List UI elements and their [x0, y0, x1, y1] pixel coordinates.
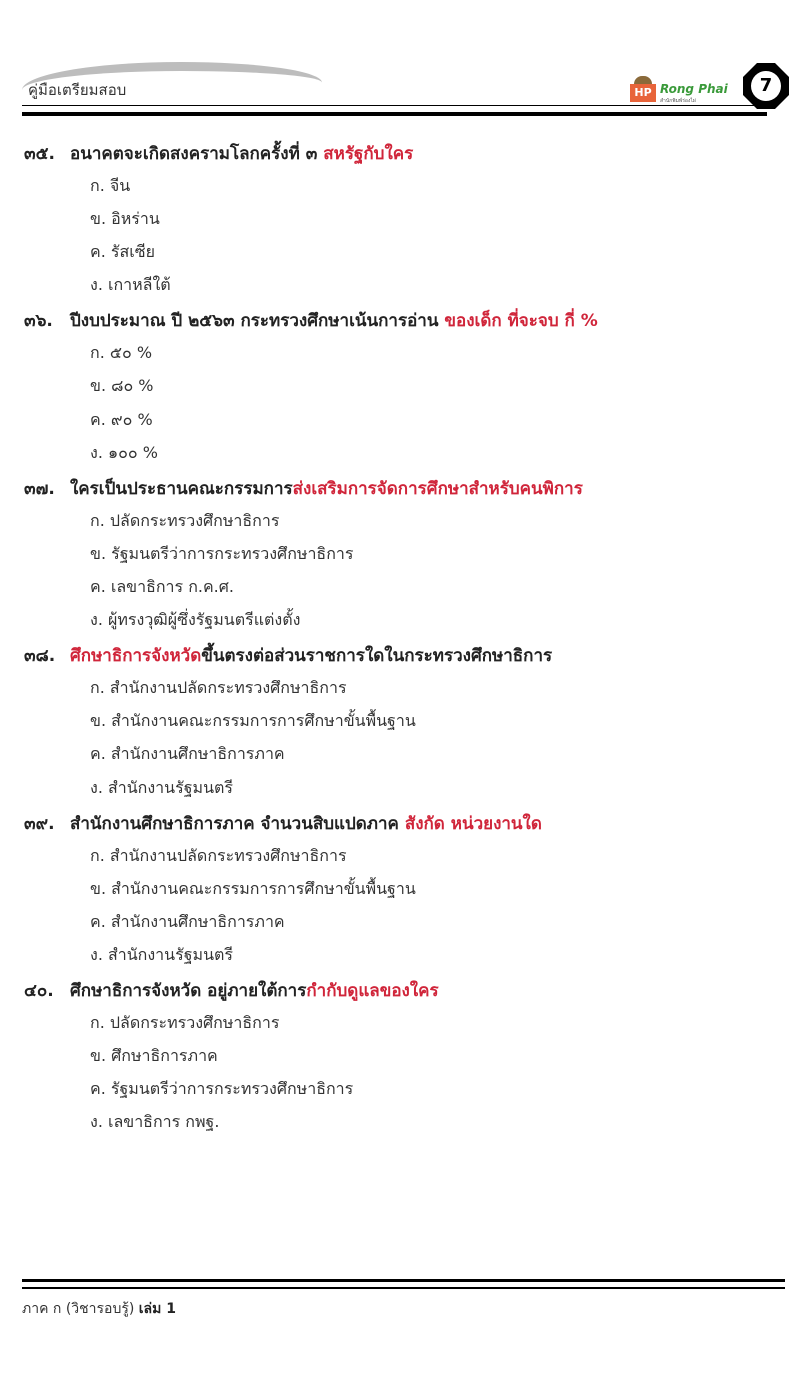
question-39: ๓๙.สำนักงานศึกษาธิการภาค จำนวนสิบแปดภาค …: [24, 810, 542, 837]
question-37: ๓๗.ใครเป็นประธานคณะกรรมการส่งเสริมการจัด…: [24, 475, 583, 502]
option-40-a: ก. ปลัดกระทรวงศึกษาธิการ: [90, 1011, 279, 1036]
footer-volume: เล่ม 1: [139, 1301, 176, 1317]
option-40-b: ข. ศึกษาธิการภาค: [90, 1044, 218, 1069]
question-highlight: สังกัด หน่วยงานใด: [405, 814, 542, 834]
publisher-logo: HP Rong Phai สำนักพิมพ์ร่องไผ่: [630, 72, 740, 106]
option-37-d: ง. ผู้ทรงวุฒิผู้ซึ่งรัฐมนตรีแต่งตั้ง: [90, 608, 300, 633]
option-35-c: ค. รัสเซีย: [90, 240, 155, 265]
logo-mark: HP: [630, 84, 656, 102]
question-highlight: ศึกษาธิการจังหวัด: [70, 646, 201, 666]
question-number: ๓๖.: [24, 307, 70, 334]
option-39-b: ข. สำนักงานคณะกรรมการการศึกษาขั้นพื้นฐาน: [90, 877, 416, 902]
option-36-c: ค. ๙๐ %: [90, 408, 153, 433]
option-37-b: ข. รัฐมนตรีว่าการกระทรวงศึกษาธิการ: [90, 542, 353, 567]
option-35-a: ก. จีน: [90, 174, 130, 199]
page-number: 7: [742, 62, 790, 110]
option-38-c: ค. สำนักงานศึกษาธิการภาค: [90, 742, 285, 767]
option-39-c: ค. สำนักงานศึกษาธิการภาค: [90, 910, 285, 935]
option-36-b: ข. ๘๐ %: [90, 374, 154, 399]
option-38-a: ก. สำนักงานปลัดกระทรวงศึกษาธิการ: [90, 676, 347, 701]
question-35: ๓๕.อนาคตจะเกิดสงครามโลกครั้งที่ ๓ สหรัฐก…: [24, 140, 413, 167]
page-footer: ภาค ก (วิชารอบรู้) เล่ม 1: [22, 1298, 176, 1320]
question-36: ๓๖.ปีงบประมาณ ปี ๒๕๖๓ กระทรวงศึกษาเน้นกา…: [24, 307, 598, 334]
question-number: ๓๙.: [24, 810, 70, 837]
question-number: ๓๗.: [24, 475, 70, 502]
footer-rule: [22, 1279, 785, 1289]
question-number: ๓๕.: [24, 140, 70, 167]
option-39-d: ง. สำนักงานรัฐมนตรี: [90, 943, 233, 968]
logo-text: Rong Phai: [660, 82, 728, 96]
option-40-d: ง. เลขาธิการ กพฐ.: [90, 1110, 219, 1135]
question-highlight: ของเด็ก ที่จะจบ กี่ %: [444, 311, 597, 331]
option-39-a: ก. สำนักงานปลัดกระทรวงศึกษาธิการ: [90, 844, 347, 869]
logo-house-icon: [634, 76, 652, 84]
option-37-c: ค. เลขาธิการ ก.ค.ศ.: [90, 575, 234, 600]
option-37-a: ก. ปลัดกระทรวงศึกษาธิการ: [90, 509, 279, 534]
question-number: ๔๐.: [24, 977, 70, 1004]
question-40: ๔๐.ศึกษาธิการจังหวัด อยู่ภายใต้การกำกับด…: [24, 977, 439, 1004]
footer-text: ภาค ก (วิชารอบรู้): [22, 1301, 139, 1317]
question-text: อนาคตจะเกิดสงครามโลกครั้งที่ ๓: [70, 144, 323, 164]
question-number: ๓๘.: [24, 642, 70, 669]
option-38-b: ข. สำนักงานคณะกรรมการการศึกษาขั้นพื้นฐาน: [90, 709, 416, 734]
page-header: คู่มือเตรียมสอบ HP Rong Phai สำนักพิมพ์ร…: [0, 0, 800, 125]
logo-subtitle: สำนักพิมพ์ร่องไผ่: [660, 97, 696, 105]
option-36-d: ง. ๑๐๐ %: [90, 441, 158, 466]
page-number-badge: 7: [742, 62, 790, 110]
option-40-c: ค. รัฐมนตรีว่าการกระทรวงศึกษาธิการ: [90, 1077, 353, 1102]
question-highlight: สหรัฐกับใคร: [323, 144, 413, 164]
question-highlight: กำกับดูแลของใคร: [306, 981, 438, 1001]
question-text: สำนักงานศึกษาธิการภาค จำนวนสิบแปดภาค: [70, 814, 405, 834]
question-text: ขึ้นตรงต่อส่วนราชการใดในกระทรวงศึกษาธิกา…: [201, 646, 552, 666]
question-text: ศึกษาธิการจังหวัด อยู่ภายใต้การ: [70, 981, 306, 1001]
option-38-d: ง. สำนักงานรัฐมนตรี: [90, 776, 233, 801]
header-rule: [22, 105, 767, 116]
option-35-d: ง. เกาหลีใต้: [90, 273, 171, 298]
option-36-a: ก. ๕๐ %: [90, 341, 152, 366]
question-highlight: ส่งเสริมการจัดการศึกษาสำหรับคนพิการ: [293, 479, 583, 499]
header-title: คู่มือเตรียมสอบ: [28, 78, 126, 102]
option-35-b: ข. อิหร่าน: [90, 207, 160, 232]
question-text: ใครเป็นประธานคณะกรรมการ: [70, 479, 293, 499]
question-text: ปีงบประมาณ ปี ๒๕๖๓ กระทรวงศึกษาเน้นการอ่…: [70, 311, 444, 331]
question-38: ๓๘.ศึกษาธิการจังหวัดขึ้นตรงต่อส่วนราชการ…: [24, 642, 552, 669]
